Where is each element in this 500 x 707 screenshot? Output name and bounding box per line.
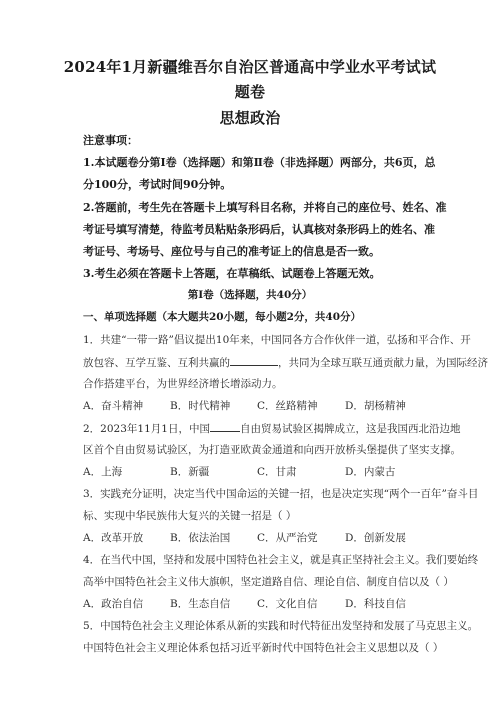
question-1-line: 放包容、互学互鉴、互利共赢的，共同为全球互联互通贡献力量，为国际经济 — [83, 355, 423, 370]
exam-page: 2024年1月新疆维吾尔自治区普通高中学业水平考试试 题卷 思想政治 注意事项：… — [0, 0, 500, 707]
exam-title-line2: 题卷 — [0, 83, 500, 101]
question-3-line: 标、实现中华民族伟大复兴的关键一招是（ ） — [83, 509, 423, 523]
note-line: 3.考生必须在答题卡上答题，在草稿纸、试题卷上答题无效。 — [83, 267, 423, 281]
option-d: D．科技自信 — [345, 597, 406, 611]
note-line: 2.答题前，考生先在答题卡上填写科目名称，并将自己的座位号、姓名、准 — [83, 201, 423, 215]
note-line: 考证号填写清楚，待监考员粘贴条形码后，认真核对条形码上的姓名、准 — [83, 223, 423, 237]
option-b: B．生态自信 — [170, 597, 230, 611]
option-c: C．从严治党 — [257, 531, 318, 545]
option-d: D．创新发展 — [345, 531, 406, 545]
note-line: 考证号、考场号、座位号与自己的准考证上的信息是否一致。 — [83, 245, 423, 259]
option-b: B．新疆 — [170, 465, 209, 479]
subject-title: 思想政治 — [0, 109, 500, 127]
question-2-line: 2．2023年11月1日，中国自由贸易试验区揭牌成立，这是我国西北沿边地 — [83, 421, 423, 436]
question-1-line: 1．共建“一带一路”倡议提出10年来，中国同各方合作伙伴一道，弘扬和平合作、开 — [83, 333, 423, 347]
answer-blank — [210, 421, 240, 432]
question-4-line: 高举中国特色社会主义伟大旗帜，坚定道路自信、理论自信、制度自信以及（ ） — [83, 575, 423, 589]
question-4-line: 4．在当代中国，坚持和发展中国特色社会主义，就是真正坚持社会主义。我们要始终 — [83, 553, 423, 567]
option-d: D．内蒙古 — [345, 465, 395, 479]
option-a: A．政治自信 — [83, 597, 143, 611]
option-a: A．改革开放 — [83, 531, 143, 545]
question-5-line: 中国特色社会主义理论体系包括习近平新时代中国特色社会主义思想以及（ ） — [83, 641, 423, 655]
option-c: C．甘肃 — [257, 465, 297, 479]
option-d: D．胡杨精神 — [345, 399, 406, 413]
answer-blank — [230, 355, 278, 366]
exam-title-line1: 2024年1月新疆维吾尔自治区普通高中学业水平考试试 — [0, 58, 500, 76]
question-5-line: 5．中国特色社会主义理论体系从新的实践和时代特征出发坚持和发展了马克思主义。 — [83, 619, 423, 633]
option-b: B．时代精神 — [170, 399, 230, 413]
option-a: A．奋斗精神 — [83, 399, 143, 413]
option-c: C．丝路精神 — [257, 399, 318, 413]
question-2-line: 区首个自由贸易试验区，为打造亚欧黄金通道和向西开放桥头堡提供了坚实支撑。 — [83, 443, 423, 457]
question-3-line: 3．实践充分证明，决定当代中国命运的关键一招，也是决定实现“两个一百年”奋斗目 — [83, 487, 423, 501]
notes-header: 注意事项： — [83, 134, 423, 148]
option-a: A．上海 — [83, 465, 122, 479]
part-title: 一、单项选择题（本大题共20小题，每小题2分，共40分） — [83, 310, 423, 324]
section-title: 第Ⅰ卷（选择题，共40分） — [0, 288, 500, 302]
option-b: B．依法治国 — [170, 531, 230, 545]
note-line: 分100分，考试时间90分钟。 — [83, 178, 423, 192]
note-line: 1.本试题卷分第Ⅰ卷（选择题）和第Ⅱ卷（非选择题）两部分，共6页，总 — [83, 156, 423, 170]
option-c: C．文化自信 — [257, 597, 318, 611]
question-1-line: 合作搭建平台，为世界经济增长增添动力。 — [83, 377, 423, 391]
